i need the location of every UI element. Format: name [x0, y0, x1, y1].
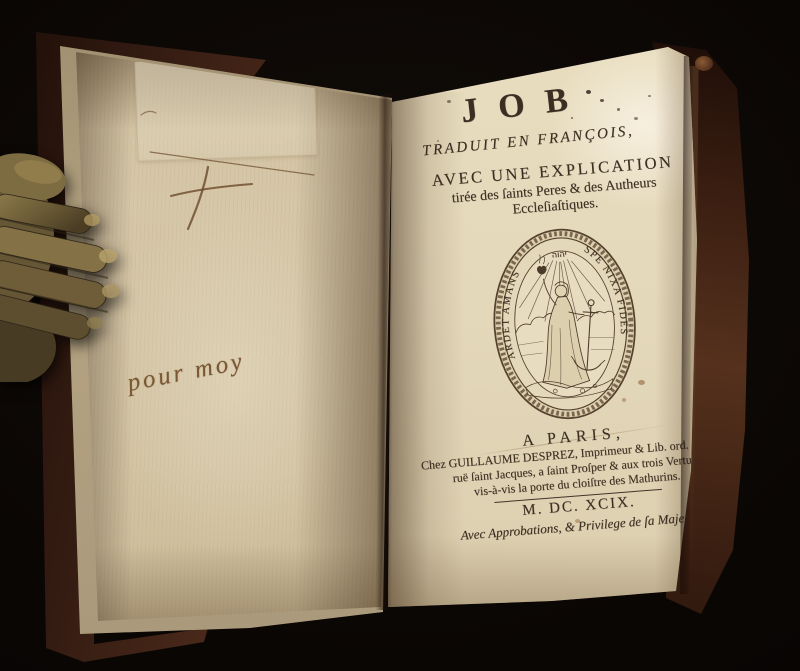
printer-device-emblem: ARDET AMANS SPE NIXA FIDES יהוה [484, 221, 645, 428]
brass-hand-paperweight [0, 152, 131, 382]
ink-spot [447, 100, 451, 103]
hand-shape [0, 152, 120, 382]
worn-headcap [695, 56, 713, 71]
cross-mark-horizontal [171, 184, 252, 196]
page-shading [388, 535, 693, 610]
gutter-shadow [376, 94, 395, 610]
pen-squiggle [141, 111, 156, 115]
ink-spot [648, 95, 651, 97]
ink-spot [571, 117, 573, 119]
cross-mark-vertical [188, 167, 208, 229]
ink-spot [634, 117, 638, 120]
ink-spot [437, 140, 439, 142]
age-spot [575, 519, 580, 523]
age-spot [622, 398, 626, 402]
pen-line [150, 152, 314, 175]
ink-spot [617, 108, 620, 111]
ink-spot [600, 99, 604, 102]
ink-spot [586, 90, 591, 94]
photo-scene: pour moy J O B TRADUIT EN FRANÇOIS, AVEC… [0, 0, 800, 671]
tetragrammaton: יהוה [551, 248, 567, 259]
age-spot [638, 380, 645, 385]
